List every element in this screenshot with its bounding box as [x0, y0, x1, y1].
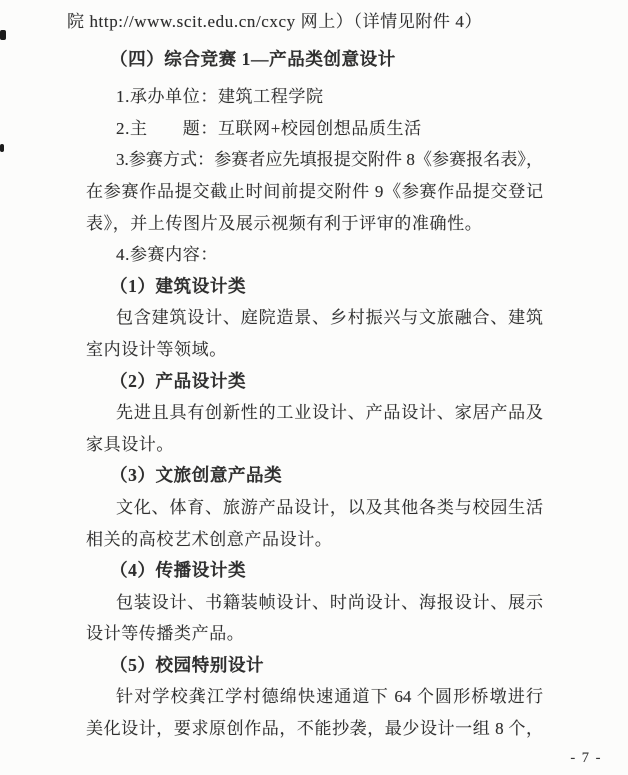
page-number: - 7 -: [570, 750, 602, 767]
category-5-desc-line-1: 针对学校龚江学村德绵快速通道下 64 个圆形桥墩进行: [86, 681, 543, 713]
item-content-label: 4.参赛内容：: [86, 239, 543, 271]
category-3-heading: （3）文旅创意产品类: [86, 460, 543, 492]
category-3-desc-line-2: 相关的高校艺术创意产品设计。: [86, 524, 543, 556]
category-3-desc-line-1: 文化、体育、旅游产品设计，以及其他各类与校园生活: [86, 492, 543, 524]
category-5-heading: （5）校园特别设计: [86, 650, 543, 682]
category-1-heading: （1）建筑设计类: [86, 271, 543, 303]
category-5-desc-line-2: 美化设计，要求原创作品，不能抄袭，最少设计一组 8 个，: [86, 713, 543, 745]
item-theme: 2.主 题：互联网+校园创想品质生活: [86, 113, 543, 145]
category-1-desc-line-2: 室内设计等领域。: [86, 334, 543, 366]
item-participation-method-line-2: 在参赛作品提交截止时间前提交附件 9《参赛作品提交登记: [86, 176, 543, 208]
scan-artifact: [0, 30, 6, 40]
document-page: 院 http://www.scit.edu.cn/cxcy 网上）（详情见附件 …: [0, 0, 628, 775]
section-heading-competition-4: （四）综合竞赛 1—产品类创意设计: [86, 44, 543, 76]
category-4-heading: （4）传播设计类: [86, 555, 543, 587]
document-body: 院 http://www.scit.edu.cn/cxcy 网上）（详情见附件 …: [86, 6, 543, 745]
category-4-desc-line-1: 包装设计、书籍装帧设计、时尚设计、海报设计、展示: [86, 587, 543, 619]
category-1-desc-line-1: 包含建筑设计、庭院造景、乡村振兴与文旅融合、建筑: [86, 302, 543, 334]
url-continuation-line: 院 http://www.scit.edu.cn/cxcy 网上）（详情见附件 …: [67, 6, 543, 38]
category-2-desc-line-2: 家具设计。: [86, 429, 543, 461]
item-participation-method-line-3: 表》，并上传图片及展示视频有利于评审的准确性。: [86, 208, 543, 240]
category-4-desc-line-2: 设计等传播类产品。: [86, 618, 543, 650]
scan-artifact: [0, 144, 4, 152]
category-2-desc-line-1: 先进且具有创新性的工业设计、产品设计、家居产品及: [86, 397, 543, 429]
category-2-heading: （2）产品设计类: [86, 366, 543, 398]
item-organizer: 1.承办单位：建筑工程学院: [86, 81, 543, 113]
item-participation-method-line-1: 3.参赛方式：参赛者应先填报提交附件 8《参赛报名表》，: [86, 144, 543, 176]
